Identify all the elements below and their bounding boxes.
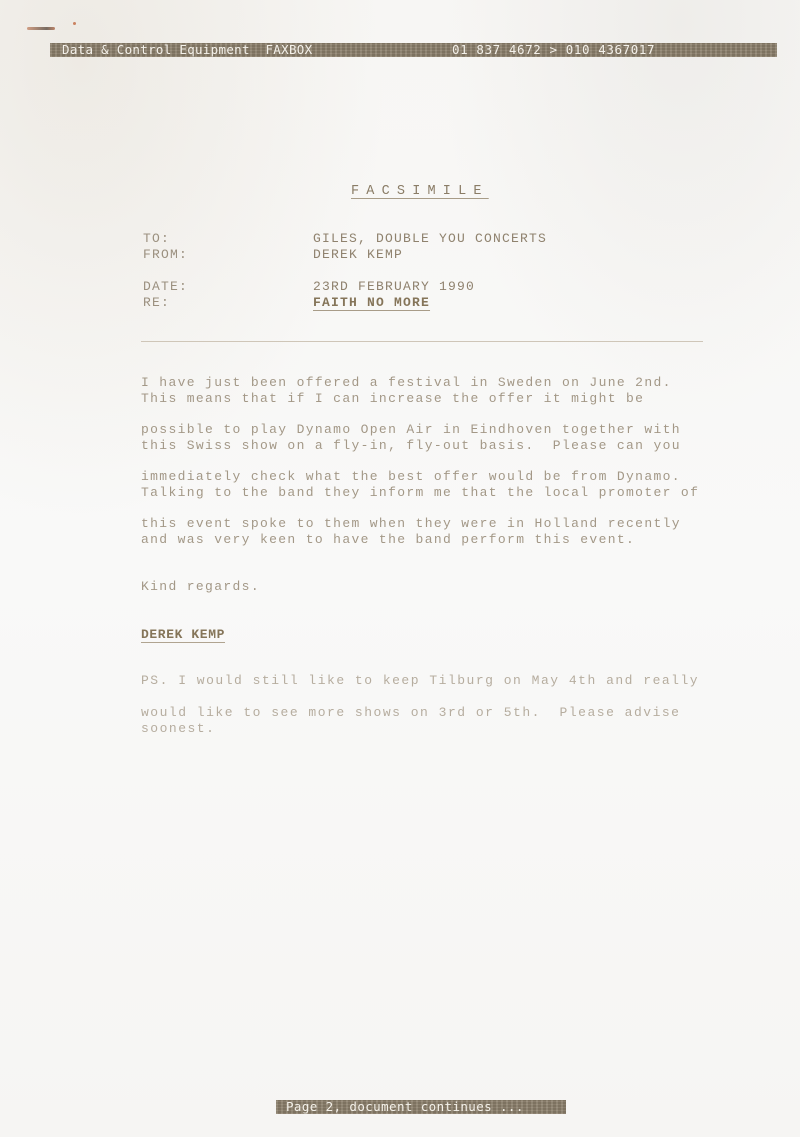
body-line: this event spoke to them when they were … — [141, 516, 681, 531]
body-line: this Swiss show on a fly-in, fly-out bas… — [141, 438, 681, 453]
page-status-text: Page 2, document continues ... — [286, 1100, 524, 1114]
body-line: and was very keen to have the band perfo… — [141, 532, 635, 547]
to-label: TO: — [143, 231, 170, 246]
body-line: This means that if I can increase the of… — [141, 391, 644, 406]
fax-transmission-header: Data & Control Equipment FAXBOX 01 837 4… — [50, 43, 777, 57]
ps-line: soonest. — [141, 721, 215, 736]
fax-page-status-bar: Page 2, document continues ... — [276, 1100, 566, 1114]
date-value: 23RD FEBRUARY 1990 — [313, 279, 475, 294]
fax-sender-id: Data & Control Equipment FAXBOX — [62, 43, 312, 57]
document-title: FACSIMILE — [351, 184, 489, 199]
from-value: DEREK KEMP — [313, 247, 403, 262]
to-value: GILES, DOUBLE YOU CONCERTS — [313, 231, 547, 246]
ps-line: PS. I would still like to keep Tilburg o… — [141, 673, 699, 688]
header-divider — [141, 341, 703, 342]
body-line: I have just been offered a festival in S… — [141, 375, 672, 390]
re-row: RE: FAITH NO MORE — [143, 295, 161, 340]
paper-mark-dot — [73, 22, 76, 25]
re-value: FAITH NO MORE — [313, 295, 430, 310]
re-label: RE: — [143, 295, 170, 310]
closing-text: Kind regards. — [141, 579, 260, 594]
body-line: Talking to the band they inform me that … — [141, 485, 699, 500]
body-line: possible to play Dynamo Open Air in Eind… — [141, 422, 681, 437]
ps-line: would like to see more shows on 3rd or 5… — [141, 705, 680, 720]
signature: DEREK KEMP — [141, 627, 225, 642]
date-label: DATE: — [143, 279, 188, 294]
fax-route-numbers: 01 837 4672 > 010 4367017 — [452, 43, 655, 57]
from-label: FROM: — [143, 247, 188, 262]
paper-mark — [27, 27, 55, 30]
body-line: immediately check what the best offer wo… — [141, 469, 681, 484]
